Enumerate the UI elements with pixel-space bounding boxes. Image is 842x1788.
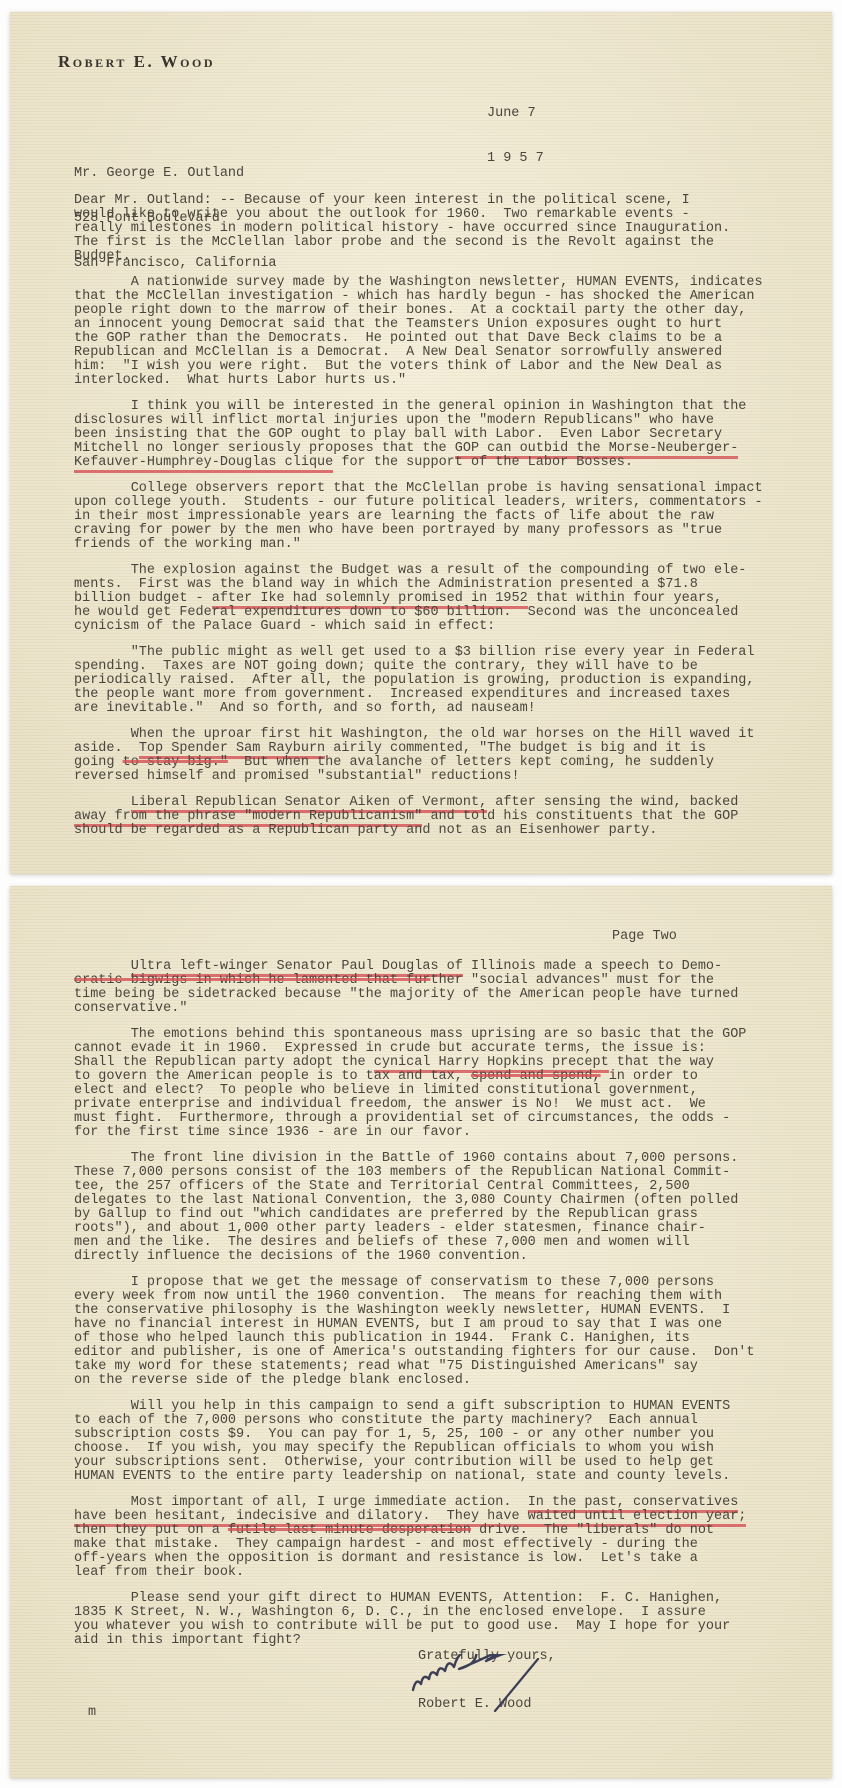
letter-line: take my word for these statements; read … xyxy=(74,1360,784,1374)
letter-line: choose. If you wish, you may specify the… xyxy=(74,1442,784,1456)
letter-line: the conservative philosophy is the Washi… xyxy=(74,1304,784,1318)
letter-text: subscription costs $9. You can pay for 1… xyxy=(74,1427,714,1442)
letter-text: aside. xyxy=(74,741,139,756)
letter-text: Dear Mr. Outland: -- Because of your kee… xyxy=(74,193,690,208)
letter-text: College observers report that the McClel… xyxy=(74,481,763,496)
letter-line: he would get Federal expenditures down t… xyxy=(74,606,784,620)
letter-text: on the reverse side of the pledge blank … xyxy=(74,1373,471,1388)
letterhead-name: Robert E. Wood xyxy=(58,52,215,72)
letter-line: Shall the Republican party adopt the cyn… xyxy=(74,1056,784,1070)
letter-text: that within four years, xyxy=(528,591,722,606)
letter-line: directly influence the decisions of the … xyxy=(74,1250,784,1264)
letter-text xyxy=(74,959,131,974)
letter-text: upon college youth. Students - our futur… xyxy=(74,495,763,510)
letter-paragraph: Dear Mr. Outland: -- Because of your kee… xyxy=(74,194,784,264)
letter-line: off-years when the opposition is dormant… xyxy=(74,1552,784,1566)
letter-line: by Gallup to find out "which candidates … xyxy=(74,1208,784,1222)
letter-text: elect and elect? To people who believe i… xyxy=(74,1083,698,1098)
letter-text: choose. If you wish, you may specify the… xyxy=(74,1441,714,1456)
letter-text: The emotions behind this spontaneous mas… xyxy=(74,1027,746,1042)
letter-text: "The public might as well get used to a … xyxy=(74,645,755,660)
red-pencil-strike: spend and spend, xyxy=(471,1069,601,1084)
letter-text: These 7,000 persons consist of the 103 m… xyxy=(74,1165,730,1180)
letter-line: editor and publisher, is one of America'… xyxy=(74,1346,784,1360)
letter-line: aside. Top Spender Sam Rayburn airily co… xyxy=(74,742,784,756)
letter-text: would like to write you about the outloo… xyxy=(74,207,690,222)
letter-text: delegates to the last National Conventio… xyxy=(74,1193,738,1208)
letter-line: the GOP rather than the Democrats. He po… xyxy=(74,332,784,346)
letter-text: conservative." xyxy=(74,1001,187,1016)
letter-line: Most important of all, I urge immediate … xyxy=(74,1496,784,1510)
letter-text: private enterprise and individual freedo… xyxy=(74,1097,706,1112)
letter-line: These 7,000 persons consist of the 103 m… xyxy=(74,1166,784,1180)
letter-text: drive. The "liberals" do not xyxy=(471,1523,714,1538)
letter-line: have no financial interest in HUMAN EVEN… xyxy=(74,1318,784,1332)
letter-line: I think you will be interested in the ge… xyxy=(74,400,784,414)
letter-text: men and the like. The desires and belief… xyxy=(74,1235,690,1250)
letter-text: disclosures will inflict mortal injuries… xyxy=(74,413,714,428)
letter-text: for the first time since 1936 - are in o… xyxy=(74,1125,471,1140)
letter-text: really milestones in modern political hi… xyxy=(74,221,730,236)
letter-line: leaf from their book. xyxy=(74,1566,784,1580)
letter-line: Republican and McClellan is a Democrat. … xyxy=(74,346,784,360)
letter-line: elect and elect? To people who believe i… xyxy=(74,1084,784,1098)
letter-text: The first is the McClellan labor probe a… xyxy=(74,235,714,250)
letter-text: an innocent young Democrat said that the… xyxy=(74,317,722,332)
letter-text: periodically raised. After all, the popu… xyxy=(74,673,755,688)
red-pencil-strike: cratic bigwigs in which he lamented that… xyxy=(74,973,430,988)
letter-text xyxy=(74,795,131,810)
letter-line: time being be sidetracked because "the m… xyxy=(74,988,784,1002)
letter-paragraph: Ultra left-winger Senator Paul Douglas o… xyxy=(74,960,784,1016)
letter-line: Please send your gift direct to HUMAN EV… xyxy=(74,1592,784,1606)
letter-line: the people want more from government. In… xyxy=(74,688,784,702)
letter-paragraph: The front line division in the Battle of… xyxy=(74,1152,784,1264)
letter-line: him: "I wish you were right. But the vot… xyxy=(74,360,784,374)
letter-text: time being be sidetracked because "the m… xyxy=(74,987,738,1002)
letter-line: really milestones in modern political hi… xyxy=(74,222,784,236)
letter-text: roots"), and about 1,000 other party lea… xyxy=(74,1221,706,1236)
letter-text: reversed himself and promised "substanti… xyxy=(74,769,520,784)
page-two-header: Page Two xyxy=(612,930,677,944)
letter-text: to govern the American people is to tax … xyxy=(74,1069,471,1084)
letter-text: in order to xyxy=(601,1069,698,1084)
letter-line: The front line division in the Battle of… xyxy=(74,1152,784,1166)
letter-text: of those who helped launch this publicat… xyxy=(74,1331,690,1346)
letter-text: I think you will be interested in the ge… xyxy=(74,399,746,414)
letter-text: must fight. Furthermore, through a provi… xyxy=(74,1111,730,1126)
letter-text: editor and publisher, is one of America'… xyxy=(74,1345,755,1360)
letter-text: Republican and McClellan is a Democrat. … xyxy=(74,345,722,360)
letter-line: then they put on a futile last minute de… xyxy=(74,1524,784,1538)
letter-text: A nationwide survey made by the Washingt… xyxy=(74,275,763,290)
letter-text: Shall the Republican party adopt the xyxy=(74,1055,374,1070)
letter-line: delegates to the last National Conventio… xyxy=(74,1194,784,1208)
letter-text: in their most impressionable years are l… xyxy=(74,509,714,524)
letter-line: your subscriptions sent. Otherwise, your… xyxy=(74,1456,784,1470)
letter-line: in their most impressionable years are l… xyxy=(74,510,784,524)
letter-paragraph: When the uproar first hit Washington, th… xyxy=(74,728,784,784)
letter-line: ments. First was the bland way in which … xyxy=(74,578,784,592)
letter-line: every week from now until the 1960 conve… xyxy=(74,1290,784,1304)
letter-line: going to stay big." But when the avalanc… xyxy=(74,756,784,770)
letter-line: reversed himself and promised "substanti… xyxy=(74,770,784,784)
letter-line: would like to write you about the outloo… xyxy=(74,208,784,222)
letter-text: The explosion against the Budget was a r… xyxy=(74,563,746,578)
letter-line: spending. Taxes are NOT going down; quit… xyxy=(74,660,784,674)
letter-line: Budget. xyxy=(74,250,784,264)
letter-line: cratic bigwigs in which he lamented that… xyxy=(74,974,784,988)
letter-text: Most important of all, I urge immediate … xyxy=(74,1495,528,1510)
letter-body-page-two: Ultra left-winger Senator Paul Douglas o… xyxy=(74,960,784,1648)
letter-text: directly influence the decisions of the … xyxy=(74,1249,528,1264)
letter-text: that the McClellan investigation - which… xyxy=(74,289,755,304)
letter-body-page-one: Dear Mr. Outland: -- Because of your kee… xyxy=(74,194,784,838)
letter-text: people right down to the marrow of their… xyxy=(74,303,746,318)
letter-line: Dear Mr. Outland: -- Because of your kee… xyxy=(74,194,784,208)
recipient-name: Mr. George E. Outland xyxy=(74,166,277,181)
letter-text: for the support of the Labor Bosses. xyxy=(333,455,633,470)
letter-scan: Robert E. Wood June 7 1 9 5 7 Mr. George… xyxy=(0,0,842,1788)
letter-line: A nationwide survey made by the Washingt… xyxy=(74,276,784,290)
letter-line: tee, the 257 officers of the State and T… xyxy=(74,1180,784,1194)
letter-text: that the way xyxy=(609,1055,714,1070)
letter-line: "The public might as well get used to a … xyxy=(74,646,784,660)
letter-text: then they put on a xyxy=(74,1523,228,1538)
letter-text: the conservative philosophy is the Washi… xyxy=(74,1303,730,1318)
letter-text: him: "I wish you were right. But the vot… xyxy=(74,359,722,374)
letter-paragraph: The emotions behind this spontaneous mas… xyxy=(74,1028,784,1140)
letter-text: make that mistake. They campaign hardest… xyxy=(74,1537,698,1552)
letter-paragraph: The explosion against the Budget was a r… xyxy=(74,564,784,634)
letter-page-one: Robert E. Wood June 7 1 9 5 7 Mr. George… xyxy=(10,12,832,874)
letter-text: after sensing the wind, backed xyxy=(487,795,738,810)
letter-line: Liberal Republican Senator Aiken of Verm… xyxy=(74,796,784,810)
letter-text: cynicism of the Palace Guard - which sai… xyxy=(74,619,495,634)
date-year: 1 9 5 7 xyxy=(487,151,544,166)
letter-text: and told his constituents that the GOP xyxy=(422,809,738,824)
letter-line: are inevitable." And so forth, and so fo… xyxy=(74,702,784,716)
letter-text: friends of the working man." xyxy=(74,537,301,552)
date-line: June 7 xyxy=(487,106,544,121)
letter-text: going xyxy=(74,755,123,770)
letter-line: should be regarded as a Republican party… xyxy=(74,824,784,838)
letter-text: Mitchell no longer seriously proposes th… xyxy=(74,441,455,456)
letter-text: take my word for these statements; read … xyxy=(74,1359,698,1374)
letter-paragraph: Most important of all, I urge immediate … xyxy=(74,1496,784,1580)
letter-line: an innocent young Democrat said that the… xyxy=(74,318,784,332)
letter-line: When the uproar first hit Washington, th… xyxy=(74,728,784,742)
letter-line: to govern the American people is to tax … xyxy=(74,1070,784,1084)
red-pencil-underline: Kefauver-Humphrey-Douglas clique xyxy=(74,455,333,473)
letter-line: make that mistake. They campaign hardest… xyxy=(74,1538,784,1552)
letter-line: men and the like. The desires and belief… xyxy=(74,1236,784,1250)
letter-text: to each of the 7,000 persons who constit… xyxy=(74,1413,698,1428)
letter-line: interlocked. What hurts Labor hurts us." xyxy=(74,374,784,388)
letter-line: billion budget - after Ike had solemnly … xyxy=(74,592,784,606)
letter-text: spending. Taxes are NOT going down; quit… xyxy=(74,659,698,674)
letter-text: been insisting that the GOP ought to pla… xyxy=(74,427,722,442)
letter-text: aid in this important fight? xyxy=(74,1633,301,1648)
typed-signature-name: Robert E. Wood xyxy=(418,1698,531,1712)
letter-text: Please send your gift direct to HUMAN EV… xyxy=(74,1591,722,1606)
date-block: June 7 1 9 5 7 xyxy=(487,76,544,196)
letter-text: I propose that we get the message of con… xyxy=(74,1275,714,1290)
letter-text: interlocked. What hurts Labor hurts us." xyxy=(74,373,406,388)
letter-text: the people want more from government. In… xyxy=(74,687,730,702)
letter-text: Illinois made a speech to Demo- xyxy=(463,959,722,974)
letter-line: to each of the 7,000 persons who constit… xyxy=(74,1414,784,1428)
letter-line: cannot evade it in 1960. Expressed in cr… xyxy=(74,1042,784,1056)
letter-text: by Gallup to find out "which candidates … xyxy=(74,1207,698,1222)
letter-line: 1835 K Street, N. W., Washington 6, D. C… xyxy=(74,1606,784,1620)
letter-line: been insisting that the GOP ought to pla… xyxy=(74,428,784,442)
letter-line: have been hesitant, indecisive and dilat… xyxy=(74,1510,784,1524)
letter-text: ments. First was the bland way in which … xyxy=(74,577,698,592)
letter-paragraph: Please send your gift direct to HUMAN EV… xyxy=(74,1592,784,1648)
typist-initial: m xyxy=(88,1706,96,1720)
letter-line: Will you help in this campaign to send a… xyxy=(74,1400,784,1414)
letter-text: cannot evade it in 1960. Expressed in cr… xyxy=(74,1041,706,1056)
red-pencil-strike: to stay big." xyxy=(123,755,228,770)
letter-text: airily commented, "The budget is big and… xyxy=(325,741,706,756)
letter-paragraph: I think you will be interested in the ge… xyxy=(74,400,784,470)
letter-line: Ultra left-winger Senator Paul Douglas o… xyxy=(74,960,784,974)
letter-line: people right down to the marrow of their… xyxy=(74,304,784,318)
letter-line: for the first time since 1936 - are in o… xyxy=(74,1126,784,1140)
letter-page-two: Page Two Ultra left-winger Senator Paul … xyxy=(10,886,832,1778)
letter-line: on the reverse side of the pledge blank … xyxy=(74,1374,784,1388)
letter-line: conservative." xyxy=(74,1002,784,1016)
letter-line: subscription costs $9. You can pay for 1… xyxy=(74,1428,784,1442)
letter-line: aid in this important fight? xyxy=(74,1634,784,1648)
letter-text: leaf from their book. xyxy=(74,1565,244,1580)
letter-text: ther "social advances" must for the xyxy=(430,973,714,988)
letter-line: away from the phrase "modern Republicani… xyxy=(74,810,784,824)
letter-line: College observers report that the McClel… xyxy=(74,482,784,496)
red-pencil-strike: futile last minute desperation xyxy=(228,1523,471,1538)
letter-text: your subscriptions sent. Otherwise, your… xyxy=(74,1455,714,1470)
letter-line: private enterprise and individual freedo… xyxy=(74,1098,784,1112)
letter-text: should be regarded as a Republican party… xyxy=(74,823,657,838)
letter-line: craving for power by the men who have be… xyxy=(74,524,784,538)
letter-text: off-years when the opposition is dormant… xyxy=(74,1551,698,1566)
letter-line: I propose that we get the message of con… xyxy=(74,1276,784,1290)
letter-paragraph: Will you help in this campaign to send a… xyxy=(74,1400,784,1484)
letter-line: upon college youth. Students - our futur… xyxy=(74,496,784,510)
letter-text: billion budget - xyxy=(74,591,212,606)
letter-line: The first is the McClellan labor probe a… xyxy=(74,236,784,250)
letter-line: HUMAN EVENTS to the entire party leaders… xyxy=(74,1470,784,1484)
letter-text: you whatever you wish to contribute will… xyxy=(74,1619,730,1634)
letter-text: 1835 K Street, N. W., Washington 6, D. C… xyxy=(74,1605,706,1620)
letter-text: When the uproar first hit Washington, th… xyxy=(74,727,755,742)
letter-text: every week from now until the 1960 conve… xyxy=(74,1289,722,1304)
closing-salutation: Gratefully yours, xyxy=(418,1650,556,1664)
letter-line: must fight. Furthermore, through a provi… xyxy=(74,1112,784,1126)
letter-text: have no financial interest in HUMAN EVEN… xyxy=(74,1317,722,1332)
letter-text: he would get Federal expenditures down t… xyxy=(74,605,738,620)
letter-text: are inevitable." And so forth, and so fo… xyxy=(74,701,536,716)
letter-paragraph: College observers report that the McClel… xyxy=(74,482,784,552)
letter-text: The front line division in the Battle of… xyxy=(74,1151,738,1166)
letter-line: of those who helped launch this publicat… xyxy=(74,1332,784,1346)
letter-line: cynicism of the Palace Guard - which sai… xyxy=(74,620,784,634)
letter-text: HUMAN EVENTS to the entire party leaders… xyxy=(74,1469,730,1484)
letter-paragraph: "The public might as well get used to a … xyxy=(74,646,784,716)
letter-line: friends of the working man." xyxy=(74,538,784,552)
letter-line: disclosures will inflict mortal injuries… xyxy=(74,414,784,428)
letter-line: The emotions behind this spontaneous mas… xyxy=(74,1028,784,1042)
letter-text: craving for power by the men who have be… xyxy=(74,523,722,538)
letter-line: The explosion against the Budget was a r… xyxy=(74,564,784,578)
letter-text: But when the avalanche of letters kept c… xyxy=(228,755,714,770)
letter-line: Mitchell no longer seriously proposes th… xyxy=(74,442,784,456)
letter-paragraph: A nationwide survey made by the Washingt… xyxy=(74,276,784,388)
letter-text: tee, the 257 officers of the State and T… xyxy=(74,1179,690,1194)
letter-line: roots"), and about 1,000 other party lea… xyxy=(74,1222,784,1236)
letter-text: Will you help in this campaign to send a… xyxy=(74,1399,730,1414)
letter-text: Budget. xyxy=(74,249,131,264)
letter-line: that the McClellan investigation - which… xyxy=(74,290,784,304)
letter-line: periodically raised. After all, the popu… xyxy=(74,674,784,688)
letter-line: you whatever you wish to contribute will… xyxy=(74,1620,784,1634)
letter-paragraph: I propose that we get the message of con… xyxy=(74,1276,784,1388)
letter-paragraph: Liberal Republican Senator Aiken of Verm… xyxy=(74,796,784,838)
letter-text: the GOP rather than the Democrats. He po… xyxy=(74,331,722,346)
